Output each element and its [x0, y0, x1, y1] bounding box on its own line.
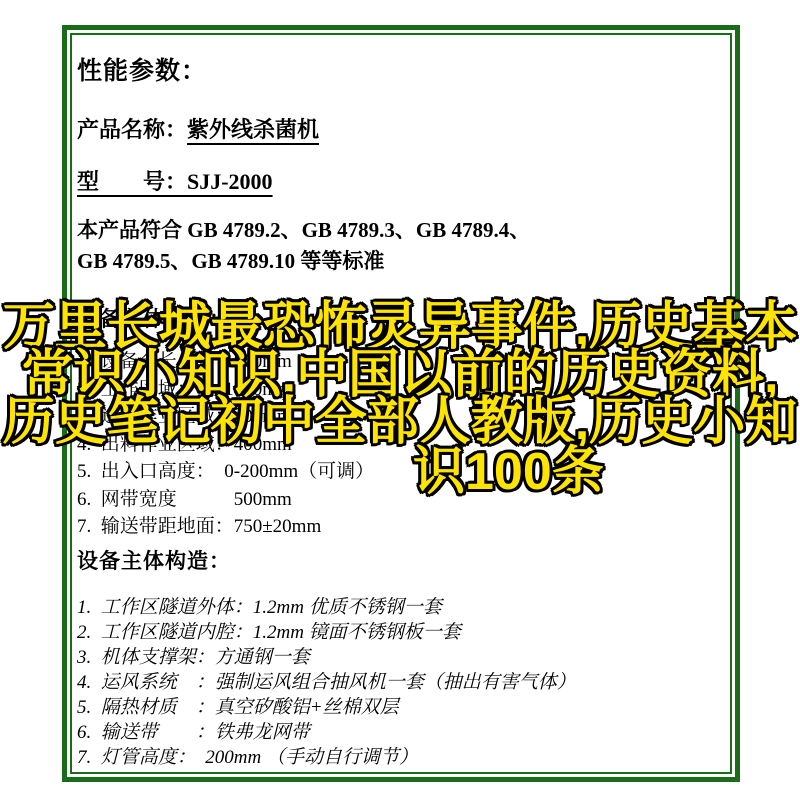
- standards-paragraph: 本产品符合 GB 4789.2、GB 4789.3、GB 4789.4、GB 4…: [77, 215, 722, 277]
- performance-heading: 性能参数：: [77, 51, 722, 87]
- model-value: 型 号：SJJ-2000: [77, 169, 273, 194]
- dimensions-heading: 设备主体尺寸：: [77, 303, 722, 333]
- model-row: 型 号：SJJ-2000: [77, 165, 722, 196]
- dimensions-list: 1. 设备全长： 1800mm2. 工作区域： 1000mm3. 进料作业区域：…: [77, 348, 722, 541]
- construction-list: 1. 工作区隧道外体：1.2mm 优质不锈钢一套2. 工作区隧道内腔：1.2mm…: [77, 595, 722, 775]
- list-item: 1. 工作区隧道外体：1.2mm 优质不锈钢一套: [77, 595, 722, 620]
- list-item: 6. 网带宽度 500mm: [77, 486, 722, 514]
- standards-line-1: 本产品符合 GB 4789.2、GB 4789.3、GB 4789.4、: [77, 218, 530, 242]
- spec-document-inner: 性能参数： 产品名称：紫外线杀菌机 型 号：SJJ-2000 本产品符合 GB …: [70, 33, 732, 774]
- list-item: 1. 设备全长： 1800mm: [77, 348, 722, 376]
- list-item: 5. 出入口高度： 0-200mm（可调）: [77, 458, 722, 486]
- page: 性能参数： 产品名称：紫外线杀菌机 型 号：SJJ-2000 本产品符合 GB …: [0, 0, 800, 800]
- list-item: 2. 工作区隧道内腔：1.2mm 镜面不锈钢板一套: [77, 620, 722, 645]
- list-item: 5. 隔热材质 ：真空矽酸铝+丝棉双层: [77, 695, 722, 720]
- construction-heading: 设备主体构造：: [77, 545, 722, 575]
- list-item: 6. 输送带 ：铁弗龙网带: [77, 720, 722, 745]
- list-item: 3. 进料作业区域：400mm: [77, 403, 722, 431]
- list-item: 4. 运风系统 ：强制运风组合抽风机一套（抽出有害气体）: [77, 670, 722, 695]
- list-item: 4. 出料作业区域：400mm: [77, 431, 722, 459]
- list-item: 7. 灯管高度： 200mm （手动自行调节）: [77, 745, 722, 770]
- list-item: 7. 输送带距地面：750±20mm: [77, 513, 722, 541]
- list-item: 3. 机体支撑架：方通钢一套: [77, 645, 722, 670]
- standards-line-2: GB 4789.5、GB 4789.10 等等标准: [77, 249, 384, 273]
- list-item: 8.平衡装置 ：水平脚杯: [77, 770, 722, 775]
- product-name-row: 产品名称：紫外线杀菌机: [77, 113, 722, 144]
- list-item: 2. 工作区域： 1000mm: [77, 376, 722, 404]
- product-name-value: 紫外线杀菌机: [187, 117, 319, 142]
- product-name-label: 产品名称：: [77, 117, 187, 142]
- spec-document: 性能参数： 产品名称：紫外线杀菌机 型 号：SJJ-2000 本产品符合 GB …: [62, 25, 740, 782]
